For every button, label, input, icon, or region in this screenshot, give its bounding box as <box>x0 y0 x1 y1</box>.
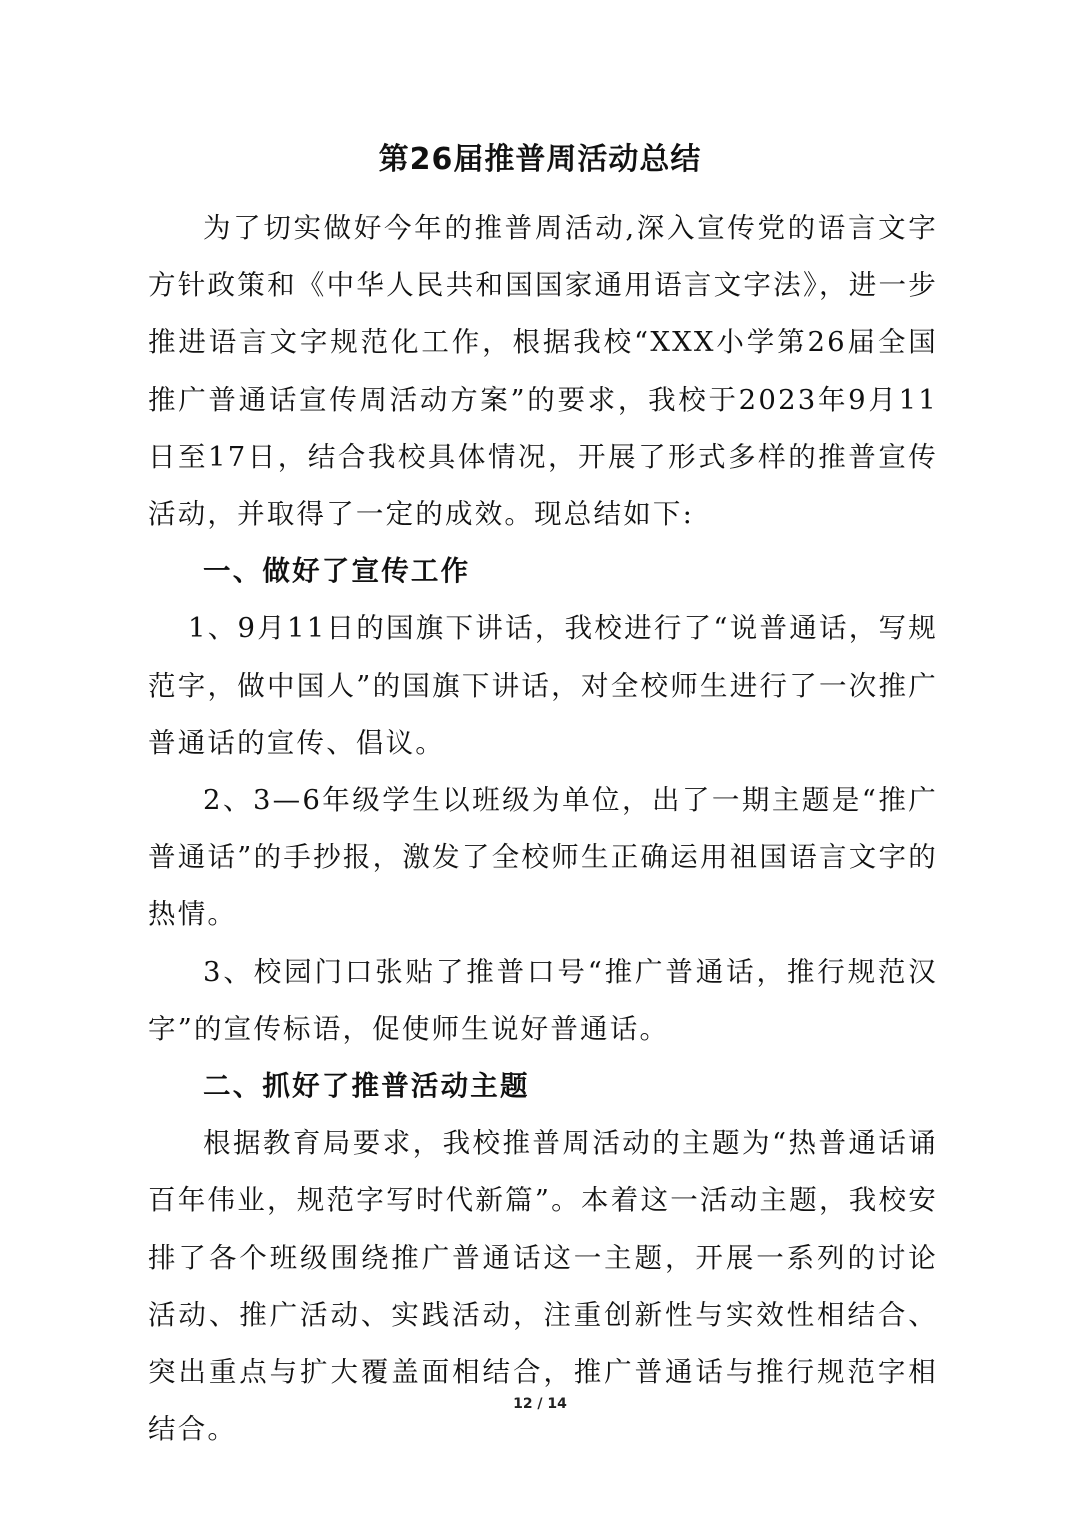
document-page: 第26届推普周活动总结 为了切实做好今年的推普周活动,深入宣传党的语言文字方针政… <box>0 0 1080 1528</box>
section-heading-1: 一、做好了宣传工作 <box>148 543 938 600</box>
intro-paragraph: 为了切实做好今年的推普周活动,深入宣传党的语言文字方针政策和《中华人民共和国国家… <box>148 200 938 543</box>
section-1-paragraph-1: 1、9月11日的国旗下讲话，我校进行了“说普通话，写规范字，做中国人”的国旗下讲… <box>148 600 938 772</box>
document-body: 为了切实做好今年的推普周活动,深入宣传党的语言文字方针政策和《中华人民共和国国家… <box>148 200 938 1458</box>
page-number: 12 / 14 <box>0 1396 1080 1412</box>
document-title: 第26届推普周活动总结 <box>0 138 1080 182</box>
section-1-paragraph-3: 3、校园门口张贴了推普口号“推广普通话，推行规范汉字”的宣传标语，促使师生说好普… <box>148 944 938 1058</box>
section-1-paragraph-2: 2、3—6年级学生以班级为单位，出了一期主题是“推广普通话”的手抄报，激发了全校… <box>148 772 938 944</box>
section-heading-2: 二、抓好了推普活动主题 <box>148 1058 938 1115</box>
